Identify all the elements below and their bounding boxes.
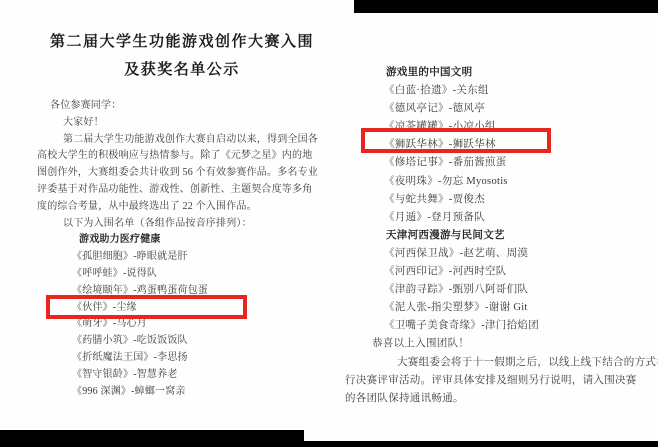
finalist-entry: 《河西保卫战》-赵艺萌、周漠 [384,245,653,263]
salutation: 各位参赛同学： [50,98,325,115]
finalist-entry: 《呼呼蛙》-说得队 [72,266,325,283]
document-title-line1: 第二届大学生功能游戏创作大赛入围 [36,28,328,56]
finalist-entry-highlighted: 《伙伴》-尘缘 [72,300,325,317]
closing-line: 行决赛评审活动。评审具体安排及细则另行说明，请入围决赛 [345,372,653,390]
bottom-left-black-bar [0,430,304,447]
document-title: 第二届大学生功能游戏创作大赛入围 及获奖名单公示 [36,28,328,84]
finalist-entry: 《泥人张-指尖塑梦》-谢谢 Git [384,299,653,317]
finalist-entry: 《卫嘴子美食奇缘》-津门拾焰团 [384,317,653,335]
finalist-entry: 《萌牙》-马心月 [72,316,325,333]
document-scan: 第二届大学生功能游戏创作大赛入围 及获奖名单公示 各位参赛同学： 大家好！ 第二… [0,0,658,447]
finalist-entry: 《孤胆细胞》-睁眼就是肝 [72,249,325,266]
finalist-entry: 《智守银龄》-智慧养老 [72,367,325,384]
paragraph-line: 高校大学生的积极响应与热情参与。除了《元梦之星》内的地 [37,148,325,165]
finalist-entry-highlighted: 《狮跃华林》-狮跃华林 [384,136,653,154]
finalist-entry: 《德风亭记》-德风亭 [384,100,653,118]
finalist-entry: 《凉茶罐罐》-小凉小组 [384,118,653,136]
finalist-entry: 《月遁》-登月预备队 [384,209,653,227]
list-intro: 以下为入围名单（各组作品按音序排列）： [63,216,325,233]
greeting: 大家好！ [63,115,325,132]
finalist-entry: 《白蓝·拾遗》-关东组 [384,82,653,100]
paragraph-line: 评委基于对作品功能性、游戏性、创新性、主题契合度等多角 [37,182,325,199]
congrats-line: 恭喜以上入围团队！ [372,335,653,353]
finalist-entry: 《绘境颐年》-鸡蛋鸭蛋荷包蛋 [72,283,325,300]
closing-line: 大赛组委会将于十一假期之后，以线上线下结合的方式举 [397,354,653,372]
bottom-black-strip [304,441,658,447]
paragraph-line: 图创作外，大赛组委会共计收到 56 个有效参赛作品。多名专业 [37,165,325,182]
paragraph-line: 第二届大学生功能游戏创作大赛自启动以来，得到全国各 [63,132,325,149]
finalist-entry: 《夜明珠》-勿忘 Myosotis [384,173,653,191]
finalist-entry: 《药膳小筑》-吃饭饭饭队 [72,333,325,350]
section-heading-civilization: 游戏里的中国文明 [386,64,653,82]
finalist-entry: 《996 深渊》-蟑螂一窝亲 [72,384,325,401]
page-right-body: 游戏里的中国文明 《白蓝·拾遗》-关东组 《德风亭记》-德风亭 《凉茶罐罐》-小… [345,64,653,408]
closing-line: 的各团队保持通讯畅通。 [345,390,653,408]
section-heading-medical: 游戏助力医疗健康 [79,232,325,249]
finalist-entry: 《与蛇共舞》-贾俊杰 [384,191,653,209]
section-heading-tianjin: 天津河西漫游与民间文艺 [386,227,653,245]
finalist-entry: 《修塔记事》-番茄酱煎蛋 [384,154,653,172]
paragraph-line: 度的综合考量，从中最终选出了 22 个入围作品。 [37,199,325,216]
finalist-entry: 《津韵寻踪》-甄别八阿哥们队 [384,281,653,299]
top-right-black-bar [354,0,658,13]
finalist-entry: 《河西印记》-河西时空队 [384,263,653,281]
page-left-body: 各位参赛同学： 大家好！ 第二届大学生功能游戏创作大赛自启动以来，得到全国各 高… [37,98,325,400]
document-title-line2: 及获奖名单公示 [36,56,328,84]
finalist-entry: 《折纸魔法王国》-李思扬 [72,350,325,367]
